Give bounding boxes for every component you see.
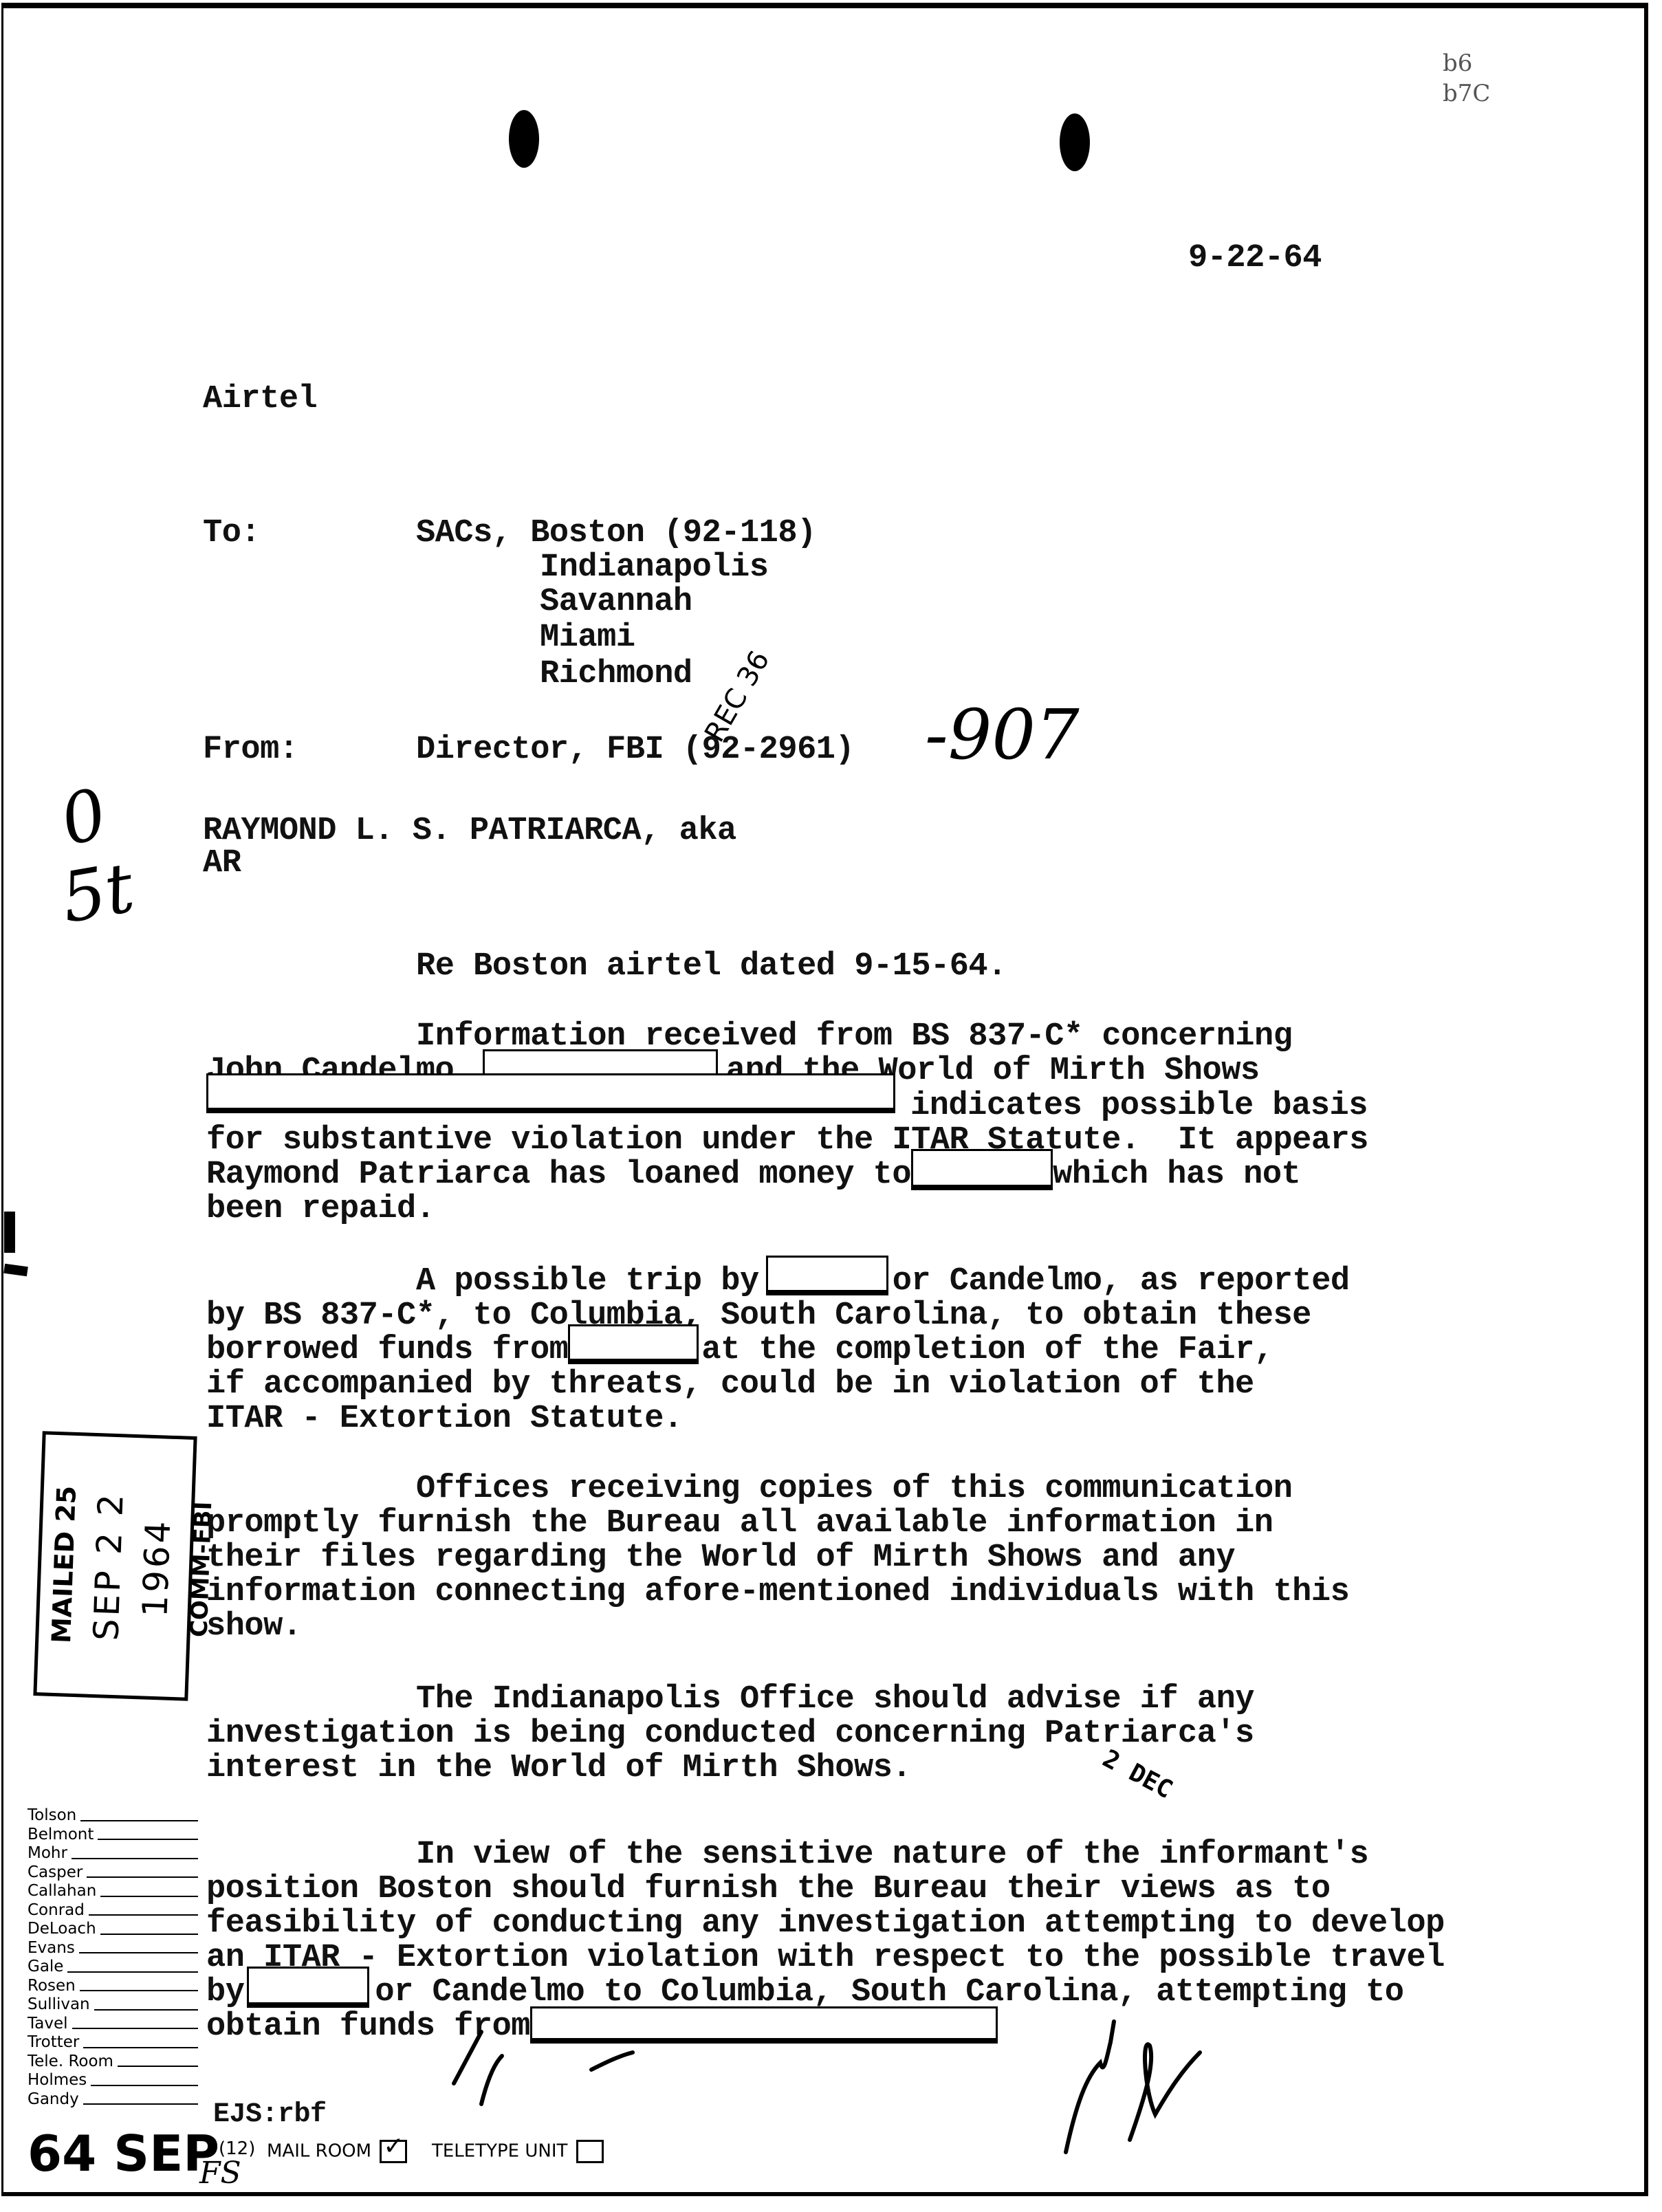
signature-stroke xyxy=(1066,2022,1114,2152)
signature-stroke xyxy=(591,2052,633,2070)
checkmark-stroke xyxy=(454,2032,481,2083)
signature-stroke xyxy=(1130,2044,1200,2140)
handwritten-marks xyxy=(0,0,1662,2212)
signature-stroke xyxy=(481,2056,502,2104)
